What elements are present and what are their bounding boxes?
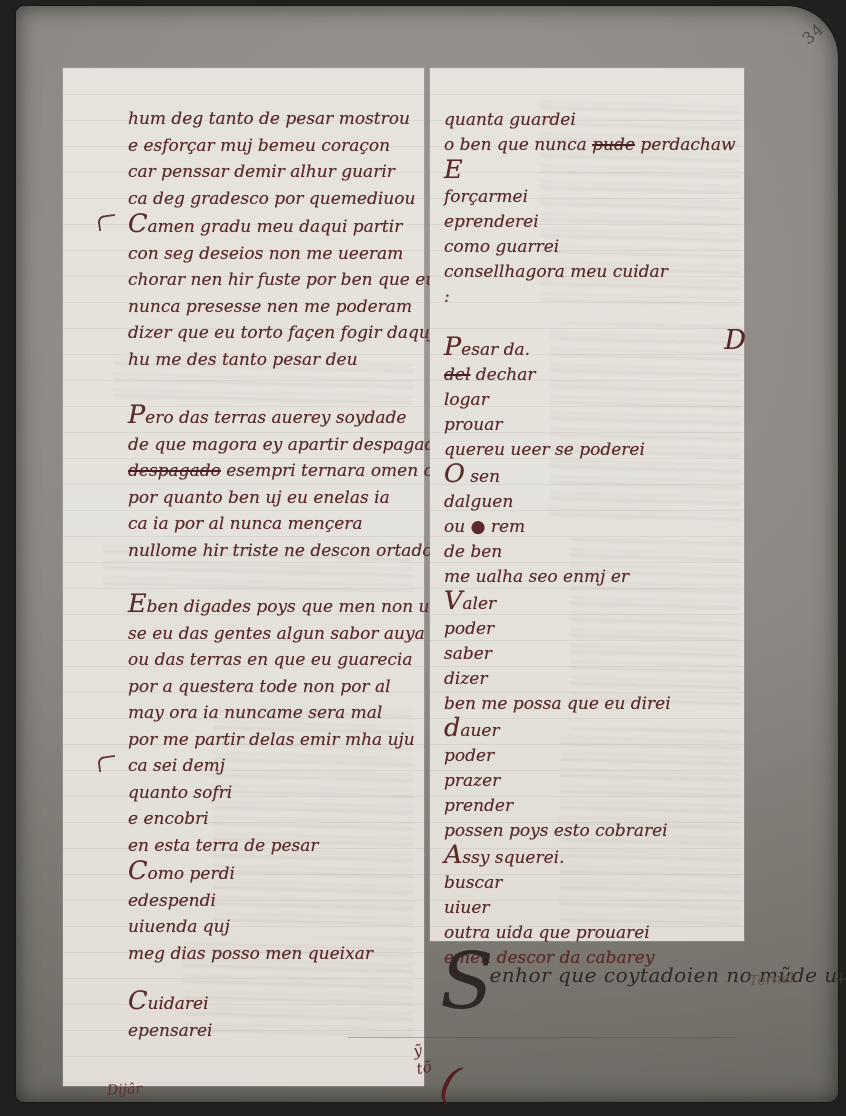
verse-line: Assy squerei. <box>444 843 744 871</box>
pen-flourish: ( <box>435 1057 464 1111</box>
cross-mark: + <box>834 969 846 988</box>
verse-text: edespendi <box>128 891 216 911</box>
verse-text: nunca presesse nen me poderam <box>128 297 412 317</box>
verse-text: may ora ia nuncame sera mal <box>128 703 382 723</box>
verse-text: ou das terras en que eu guarecia <box>128 650 413 670</box>
verse-line: Pesar da. D <box>444 335 744 363</box>
verse-line: may ora ia nuncame sera mal <box>128 700 428 727</box>
verse-text: dalguen <box>444 492 513 512</box>
left-verse-column: hum deg tanto de pesar mostrou e esforça… <box>128 106 428 1044</box>
verse-line: eprenderei <box>444 210 744 235</box>
verse-text: dizer <box>444 669 487 689</box>
verse-text: e encobri <box>128 809 209 829</box>
verse-line: buscar <box>444 871 744 896</box>
strikethrough-text: del <box>444 365 470 385</box>
paragraph-mark: bracket <box>97 755 117 772</box>
verse-text: meg dias posso men queixar <box>128 944 373 964</box>
verse-line: hu me des tanto pesar deu <box>128 347 428 374</box>
verse-text: de que magora ey apartir despagado <box>128 435 446 455</box>
strikethrough-text: pude <box>592 135 635 155</box>
verse-text: prouar <box>444 415 502 435</box>
verse-line: o ben que nunca pude perdachaw <box>444 133 744 158</box>
verse-text: hum deg tanto de pesar mostrou <box>128 109 410 129</box>
verse-line: e encobri <box>128 806 428 833</box>
verse-text: o ben que nunca <box>444 135 592 155</box>
left-column-highlight: hum deg tanto de pesar mostrou e esforça… <box>63 68 424 1086</box>
verse-line: de ben <box>444 540 744 565</box>
verse-line: por a questera tode non por al <box>128 674 428 701</box>
verse-text: quereu ueer se poderei <box>444 440 645 460</box>
verse-text: Eben digades poys que men non uerdad <box>128 597 480 617</box>
verse-text: prazer <box>444 771 500 791</box>
verse-text: car penssar demir alhur guarir <box>128 162 395 182</box>
verse-line: prazer <box>444 769 744 794</box>
verse-line: quanta guardei <box>444 108 744 133</box>
verse-text: ca ia por al nunca mençera <box>128 514 363 534</box>
verse-line: me ualha seo enmj er <box>444 565 744 590</box>
folio-number: 34 <box>799 19 828 48</box>
verse-line: O sen <box>444 462 744 490</box>
manuscript-photo: 34 hum deg tanto de pesar mostrou <box>0 0 846 1116</box>
verse-text: de ben <box>444 542 502 562</box>
verse-text: quanta guardei <box>444 110 576 130</box>
verse-line: quereu ueer se poderei <box>444 438 744 463</box>
verse-line: ou das terras en que eu guarecia <box>128 647 428 674</box>
verse-line: Cuidarei <box>128 989 428 1018</box>
manuscript-page: 34 hum deg tanto de pesar mostrou <box>16 6 838 1102</box>
verse-text: uiuenda quj <box>128 917 230 937</box>
decorated-initial: S <box>440 962 489 1002</box>
verse-line: bracket ca sei demj <box>128 753 428 780</box>
verse-text: Assy squerei. <box>444 848 565 868</box>
verse-text: O sen <box>444 467 500 487</box>
verse-text: Pesar da. <box>444 340 530 360</box>
verse-text: me ualha seo enmj er <box>444 567 629 587</box>
verse-text: epensarei <box>128 1021 212 1041</box>
verse-line: en esta terra de pesar <box>128 833 428 860</box>
verse-line: dizer <box>444 667 744 692</box>
verse-text: forçarmei <box>444 187 528 207</box>
verse-line: se eu das gentes algun sabor auya <box>128 621 428 648</box>
verse-text: en esta terra de pesar <box>128 836 319 856</box>
verse-line: edespendi <box>128 888 428 915</box>
verse-text: eprenderei <box>444 212 539 232</box>
verse-text: logar <box>444 390 489 410</box>
verse-text: como guarrei <box>444 237 559 257</box>
verse-line: uiuer <box>444 896 744 921</box>
verse-line: car penssar demir alhur guarir <box>128 159 428 186</box>
verse-text: consellhagora meu cuidar <box>444 262 668 282</box>
bottom-margin-annotation: Dijâr <box>107 1081 143 1099</box>
verse-line: ben me possa que eu direi <box>444 692 744 717</box>
verse-line: despagado esempri ternara omen cuidado <box>128 458 428 485</box>
verse-text: chorar nen hir fuste por ben que eu <box>128 270 436 290</box>
verse-text: dauer <box>444 721 500 741</box>
verse-line: saber <box>444 642 744 667</box>
verse-line: dauer <box>444 716 744 744</box>
right-column-highlight: quanta guardei o ben que nunca pude perd… <box>430 68 744 941</box>
verse-text: poder <box>444 619 494 639</box>
verse-line: epensarei <box>128 1018 428 1045</box>
verse-text: ou ● rem <box>444 517 525 537</box>
strikethrough-text: despagado <box>128 461 221 481</box>
verse-text: Camen gradu meu daqui partir <box>128 217 402 237</box>
verse-text: hu me des tanto pesar deu <box>128 350 358 370</box>
verse-text: nullome hir triste ne descon ortado <box>128 541 433 561</box>
verse-line: : <box>444 285 744 310</box>
verse-text: con seg deseios non me ueeram <box>128 244 403 264</box>
verse-text: Valer <box>444 594 496 614</box>
tornel-annotation: Tornel <box>748 970 794 989</box>
verse-text: poder <box>444 746 494 766</box>
verse-line: ca deg gradesco por quemediuou <box>128 186 428 213</box>
verse-line: Pero das terras auerey soydade <box>128 403 428 432</box>
verse-line: ca ia por al nunca mençera <box>128 511 428 538</box>
ruled-line <box>348 1037 736 1038</box>
verse-text: saber <box>444 644 492 664</box>
verse-line: e esforçar muj bemeu coraçon <box>128 133 428 160</box>
verse-text: possen poys esto cobrarei <box>444 821 668 841</box>
verse-line: ou ● rem <box>444 515 744 540</box>
verse-line: con seg deseios non me ueeram <box>128 241 428 268</box>
verse-text: por a questera tode non por al <box>128 677 391 697</box>
verse-line: bracket Camen gradu meu daqui partir <box>128 212 428 241</box>
verse-line: quanto sofri <box>128 780 428 807</box>
verse-text: Cuidarei <box>128 994 209 1014</box>
verse-line: como guarrei <box>444 235 744 260</box>
verse-text: E <box>444 163 463 183</box>
verse-line: hum deg tanto de pesar mostrou <box>128 106 428 133</box>
verse-line: Valer <box>444 589 744 617</box>
verse-line: logar <box>444 388 744 413</box>
verse-line: por quanto ben uj eu enelas ia <box>128 485 428 512</box>
verse-line: meg dias posso men queixar <box>128 941 428 968</box>
verse-line: nullome hir triste ne descon ortado <box>128 538 428 565</box>
verse-text: uiuer <box>444 898 490 918</box>
verse-text: ca deg gradesco por quemediuou <box>128 189 415 209</box>
verse-text: Como perdi <box>128 864 235 884</box>
verse-text: quanto sofri <box>128 783 232 803</box>
verse-line: poder <box>444 617 744 642</box>
marginal-note: ỹ tõ <box>412 1040 433 1078</box>
verse-line: chorar nen hir fuste por ben que eu <box>128 267 428 294</box>
verse-text: Pero das terras auerey soydade <box>128 408 406 428</box>
verse-text: prender <box>444 796 513 816</box>
paragraph-mark: bracket <box>97 214 117 231</box>
verse-line: prouar <box>444 413 744 438</box>
verse-line: possen poys esto cobrarei <box>444 819 744 844</box>
verse-line: nunca presesse nen me poderam <box>128 294 428 321</box>
verse-line: prender <box>444 794 744 819</box>
verse-line: dalguen <box>444 490 744 515</box>
marginal-initial: D <box>724 329 746 354</box>
verse-text: por me partir delas emir mha uju <box>128 730 415 750</box>
verse-line: forçarmei <box>444 185 744 210</box>
verse-line: dizer que eu torto façen fogir daquj <box>128 320 428 347</box>
verse-line: de que magora ey apartir despagado <box>128 432 428 459</box>
verse-text: e esforçar muj bemeu coraçon <box>128 136 390 156</box>
verse-line: Eben digades poys que men non uerdad <box>128 592 428 621</box>
verse-text: perdachaw <box>640 135 735 155</box>
verse-text: : <box>444 287 450 307</box>
verse-text: por quanto ben uj eu enelas ia <box>128 488 390 508</box>
verse-line: poder <box>444 744 744 769</box>
verse-line: Como perdi <box>128 859 428 888</box>
verse-line: del dechar <box>444 363 744 388</box>
verse-text: ben me possa que eu direi <box>444 694 671 714</box>
verse-text: buscar <box>444 873 502 893</box>
verse-line: consellhagora meu cuidar <box>444 260 744 285</box>
verse-text: dechar <box>476 365 536 385</box>
right-verse-column: quanta guardei o ben que nunca pude perd… <box>444 108 744 970</box>
verse-text: se eu das gentes algun sabor auya <box>128 624 425 644</box>
verse-line: por me partir delas emir mha uju <box>128 727 428 754</box>
verse-line: outra uida que prouarei <box>444 921 744 946</box>
verse-line: uiuenda quj <box>128 914 428 941</box>
verse-line: E <box>444 158 744 186</box>
verse-text: ca sei demj <box>128 756 225 776</box>
verse-text: dizer que eu torto façen fogir daquj <box>128 323 435 343</box>
